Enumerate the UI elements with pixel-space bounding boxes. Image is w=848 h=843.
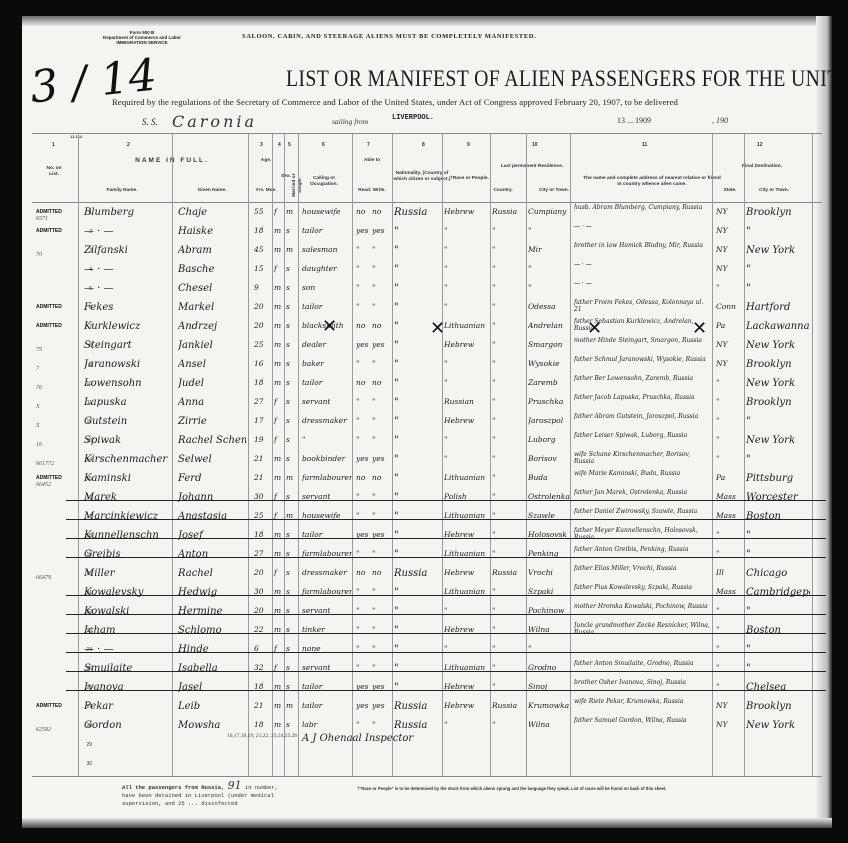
can-read: " bbox=[356, 720, 372, 729]
family-name: Gutstein bbox=[84, 416, 170, 427]
footer-line-3: supervision, and 25 ... disinfected bbox=[122, 800, 278, 808]
occupation: son bbox=[302, 283, 352, 292]
sex: m bbox=[274, 378, 284, 387]
family-name: Lapuska bbox=[84, 397, 170, 408]
margin-annotation: 66452 bbox=[36, 482, 51, 488]
given-name: Ferd bbox=[178, 473, 246, 484]
destination-state: " bbox=[716, 283, 742, 292]
can-read: " bbox=[356, 397, 372, 406]
destination-state: " bbox=[716, 454, 742, 463]
can-write: yes bbox=[372, 701, 390, 710]
required-statement: Required by the regulations of the Secre… bbox=[112, 97, 678, 107]
sex: f bbox=[274, 397, 284, 406]
occupation: farmlabourer bbox=[302, 473, 352, 482]
column-number: 8 bbox=[422, 142, 425, 148]
destination-state: Conn bbox=[716, 302, 742, 311]
column-number: 10 bbox=[532, 142, 538, 148]
can-read: " bbox=[356, 416, 372, 425]
nearest-relative: father Elias Miller, Vrochi, Russia bbox=[574, 565, 710, 572]
sex: m bbox=[274, 283, 284, 292]
margin-annotation: 62582 bbox=[36, 727, 51, 733]
column-number: 2 bbox=[127, 142, 130, 148]
year-suffix: , 190 bbox=[712, 116, 728, 125]
occupation: tailor bbox=[302, 226, 352, 235]
nationality: Russia bbox=[394, 720, 440, 731]
nationality: " bbox=[394, 245, 440, 256]
residence-city: Mir bbox=[528, 245, 570, 254]
residence-city: Krumowka bbox=[528, 701, 570, 710]
header-country: Country. bbox=[488, 188, 518, 194]
family-name: Kowalski bbox=[84, 606, 170, 617]
residence-country: " bbox=[492, 435, 526, 444]
age: 19 bbox=[254, 435, 272, 444]
family-name: Marcinkiewicz bbox=[84, 511, 170, 522]
passenger-row: 6258228GordonMowsha18mslabr""Russia""Wil… bbox=[36, 719, 816, 737]
nearest-relative: husb. Abram Blumberg, Cumpiany, Russia bbox=[574, 204, 710, 211]
nearest-relative: father Abram Gutstein, Jaroszpol, Russia bbox=[574, 413, 710, 420]
can-read: " bbox=[356, 359, 372, 368]
given-name: Haiske bbox=[178, 226, 246, 237]
residence-city: Smargon bbox=[528, 340, 570, 349]
residence-city: Borisov bbox=[528, 454, 570, 463]
age: 18 bbox=[254, 226, 272, 235]
race: Hebrew bbox=[444, 701, 490, 710]
family-name: Miller bbox=[84, 568, 170, 579]
nearest-relative: father Ber Lowensohn, Zaremb, Russia bbox=[574, 375, 710, 382]
strikethrough-line bbox=[66, 519, 826, 520]
nearest-relative: wife Schane Kirschenmacher, Borisov, Rus… bbox=[574, 451, 710, 465]
occupation: dressmaker bbox=[302, 568, 352, 577]
can-write: " bbox=[372, 720, 390, 729]
age: 9 bbox=[254, 283, 272, 292]
manifest-page: Form 500 B Department of Commerce and La… bbox=[22, 16, 832, 828]
residence-city: Zaremb bbox=[528, 378, 570, 387]
can-read: no bbox=[356, 207, 372, 216]
race: " bbox=[444, 454, 490, 463]
occupation: dressmaker bbox=[302, 416, 352, 425]
destination-city: " bbox=[746, 283, 810, 294]
age: 27 bbox=[254, 397, 272, 406]
nationality: " bbox=[394, 302, 440, 313]
family-name: Jaranowski bbox=[84, 359, 170, 370]
race: Hebrew bbox=[444, 416, 490, 425]
family-name: Lowensohn bbox=[84, 378, 170, 389]
margin-annotation: X bbox=[36, 423, 40, 429]
family-name: Kirschenmacher bbox=[84, 454, 170, 465]
occupation: " bbox=[302, 435, 352, 444]
sex: m bbox=[274, 302, 284, 311]
nearest-relative: father Daniel Zwirowsky, Szawle, Russia bbox=[574, 508, 710, 515]
family-name: — · — bbox=[84, 644, 170, 655]
can-read: no bbox=[356, 378, 372, 387]
destination-city: " bbox=[746, 606, 810, 617]
sex: f bbox=[274, 568, 284, 577]
sex: f bbox=[274, 416, 284, 425]
can-write: no bbox=[372, 378, 390, 387]
occupation: tailor bbox=[302, 302, 352, 311]
passenger-row: ADMITTED6FekesMarkel20mstailor"""""Odess… bbox=[36, 301, 816, 319]
marital-status: s bbox=[286, 283, 298, 292]
can-write: " bbox=[372, 416, 390, 425]
family-name: Smuilaite bbox=[84, 663, 170, 674]
cross-mark: ✕ bbox=[587, 318, 602, 339]
cross-mark: ✕ bbox=[322, 316, 337, 337]
age: 15 bbox=[254, 264, 272, 273]
header-read-write: Read. Write. bbox=[352, 188, 392, 194]
nationality: " bbox=[394, 454, 440, 465]
nationality: Russia bbox=[394, 568, 440, 579]
header-nationality: Nationality. (Country of which citizen o… bbox=[392, 171, 452, 183]
sex: m bbox=[274, 321, 284, 330]
marital-status: s bbox=[286, 454, 298, 463]
can-write: no bbox=[372, 473, 390, 482]
race: " bbox=[444, 435, 490, 444]
passenger-row: 5— · —Chesel9msson""""""— · —"" bbox=[36, 282, 816, 300]
given-name: Josef bbox=[178, 530, 246, 541]
passenger-row: X12GutsteinZirrie17fsdressmaker"""Hebrew… bbox=[36, 415, 816, 433]
family-name: Kurklewicz bbox=[84, 321, 170, 332]
sailing-label: sailing from bbox=[332, 117, 368, 126]
destination-city: Brooklyn bbox=[746, 701, 810, 712]
age: 21 bbox=[254, 701, 272, 710]
age: 20 bbox=[254, 568, 272, 577]
given-name: Jasel bbox=[178, 682, 246, 693]
destination-state: NY bbox=[716, 701, 742, 710]
marital-status: s bbox=[286, 568, 298, 577]
nationality: Russia bbox=[394, 207, 440, 218]
destination-city: Chicago bbox=[746, 568, 810, 579]
passenger-row: 703ZilfanskiAbram45mmsalesman"""""Mirbro… bbox=[36, 244, 816, 262]
margin-annotation: 661772 bbox=[36, 461, 54, 467]
given-name: Anastasia bbox=[178, 511, 246, 522]
can-read: yes bbox=[356, 701, 372, 710]
residence-country: " bbox=[492, 283, 526, 292]
family-name: Greibis bbox=[84, 549, 170, 560]
passenger-row: 79JaranowskiAnsel16msbaker"""""Wysokiefa… bbox=[36, 358, 816, 376]
column-number: 7 bbox=[367, 142, 370, 148]
destination-state: NY bbox=[716, 245, 742, 254]
can-read: no bbox=[356, 568, 372, 577]
occupation: labr bbox=[302, 720, 352, 729]
nearest-relative: father Schmul Jaranowski, Wysokie, Russi… bbox=[574, 356, 710, 363]
sex: m bbox=[274, 720, 284, 729]
family-name: — · — bbox=[84, 283, 170, 294]
passenger-row: 758SteingartJankiel25msdealeryesyes"Hebr… bbox=[36, 339, 816, 357]
destination-state: " bbox=[716, 397, 742, 406]
age: 16 bbox=[254, 359, 272, 368]
age: 18 bbox=[254, 720, 272, 729]
destination-state: Pa bbox=[716, 473, 742, 482]
header-race: †Race or People. bbox=[447, 176, 492, 182]
nearest-relative: father Samuel Gordon, Wilna, Russia bbox=[574, 717, 710, 724]
age: 21 bbox=[254, 454, 272, 463]
marital-status: s bbox=[286, 359, 298, 368]
residence-country: " bbox=[492, 378, 526, 387]
residence-city: " bbox=[528, 283, 570, 292]
destination-city: " bbox=[746, 264, 810, 275]
destination-city: Hartford bbox=[746, 302, 810, 313]
column-number: 3 bbox=[260, 142, 263, 148]
marital-status: s bbox=[286, 340, 298, 349]
family-name: Gordon bbox=[84, 720, 170, 731]
strikethrough-line bbox=[66, 690, 826, 691]
race: " bbox=[444, 283, 490, 292]
nearest-relative: father Jan Marek, Ostrolenka, Russia bbox=[574, 489, 710, 496]
given-name: Jankiel bbox=[178, 340, 246, 351]
departure-port: LIVERPOOL. bbox=[392, 114, 434, 122]
residence-city: Wilna bbox=[528, 720, 570, 729]
can-write: " bbox=[372, 302, 390, 311]
destination-city: New York bbox=[746, 245, 810, 256]
destination-city: " bbox=[746, 416, 810, 427]
age: 21 bbox=[254, 473, 272, 482]
given-name: Judel bbox=[178, 378, 246, 389]
nationality: " bbox=[394, 473, 440, 484]
occupation: servant bbox=[302, 397, 352, 406]
given-name: Basche bbox=[178, 264, 246, 275]
destination-city: Boston bbox=[746, 511, 810, 522]
strikethrough-line bbox=[66, 633, 826, 634]
inspector-row-refs: 16,17,18,19, 21,22, 23,24,25,26 bbox=[227, 733, 297, 739]
header-bottom-rule bbox=[32, 202, 822, 203]
passenger-row: ADMITTED6645215KaminskiFerd21mmfarmlabou… bbox=[36, 472, 816, 490]
given-name: Schlomo bbox=[178, 625, 246, 636]
residence-country: Russia bbox=[492, 207, 526, 216]
sex: f bbox=[274, 264, 284, 273]
destination-state: Pa bbox=[716, 321, 742, 330]
destination-city: " bbox=[746, 530, 810, 541]
destination-city: Brooklyn bbox=[746, 207, 810, 218]
given-name: Mowsha bbox=[178, 720, 246, 731]
margin-annotation: 66479 bbox=[36, 575, 51, 581]
family-name: Ivanova bbox=[84, 682, 170, 693]
nationality: " bbox=[394, 644, 440, 655]
family-name: Spiwak bbox=[84, 435, 170, 446]
passenger-row: 4— · —Basche15fsdaughter""""""— · —NY" bbox=[36, 263, 816, 281]
given-name: Hinde bbox=[178, 644, 246, 655]
margin-annotation: 7 bbox=[36, 366, 39, 372]
nationality: " bbox=[394, 226, 440, 237]
can-write: " bbox=[372, 397, 390, 406]
can-read: yes bbox=[356, 454, 372, 463]
passenger-row: ADMITTED65711BlumbergChaje55fmhousewifen… bbox=[36, 206, 816, 224]
admitted-stamp: ADMITTED bbox=[36, 228, 62, 234]
race: Hebrew bbox=[444, 568, 490, 577]
sex: m bbox=[274, 226, 284, 235]
can-write: " bbox=[372, 264, 390, 273]
can-read: no bbox=[356, 321, 372, 330]
sex: m bbox=[274, 340, 284, 349]
header-yrs-mos: Yrs. Mos. bbox=[250, 188, 282, 194]
passenger-row: 1613SpiwakRachel Schendel19fs""""""Lubor… bbox=[36, 434, 816, 452]
residence-country: " bbox=[492, 226, 526, 235]
residence-city: Luborg bbox=[528, 435, 570, 444]
sex: f bbox=[274, 207, 284, 216]
family-name: Fekes bbox=[84, 302, 170, 313]
destination-state: Ill bbox=[716, 568, 742, 577]
form-identifier: Form 500 B Department of Commerce and La… bbox=[94, 30, 190, 45]
nationality: " bbox=[394, 511, 440, 522]
row-number: 29 bbox=[80, 742, 92, 748]
race: Hebrew bbox=[444, 340, 490, 349]
race: " bbox=[444, 720, 490, 729]
nearest-relative: mother Hromka Kowalski, Pochinow, Russia bbox=[574, 603, 710, 610]
can-read: no bbox=[356, 473, 372, 482]
can-write: no bbox=[372, 568, 390, 577]
header-given-name: Given Name. bbox=[182, 188, 242, 194]
footer-line-1b: in number, bbox=[245, 784, 278, 791]
nationality: " bbox=[394, 378, 440, 389]
family-name: — · — bbox=[84, 264, 170, 275]
passenger-count: 91 bbox=[228, 779, 242, 792]
age: 17 bbox=[254, 416, 272, 425]
destination-state: NY bbox=[716, 207, 742, 216]
destination-city: " bbox=[746, 454, 810, 465]
margin-annotation: X bbox=[36, 404, 40, 410]
header-able-to: Able to bbox=[352, 158, 392, 164]
residence-country: " bbox=[492, 473, 526, 482]
scan-bottom-edge bbox=[22, 818, 832, 828]
passenger-row: 21KowalevskyHedwig30msfarmlabourer"""Lit… bbox=[36, 586, 816, 604]
nationality: " bbox=[394, 340, 440, 351]
destination-city: Worcester bbox=[746, 492, 810, 503]
column-number: 12 bbox=[757, 142, 763, 148]
residence-city: Wysokie bbox=[528, 359, 570, 368]
marital-status: s bbox=[286, 435, 298, 444]
passenger-row: ADMITTED2— · —Haiske18mstailoryesyes""""… bbox=[36, 225, 816, 243]
form-code: 11-114 bbox=[70, 134, 82, 140]
age: 25 bbox=[254, 340, 272, 349]
strikethrough-line bbox=[66, 538, 826, 539]
destination-city: Chelsea bbox=[746, 682, 810, 693]
nationality: " bbox=[394, 435, 440, 446]
residence-city: Odessa bbox=[528, 302, 570, 311]
destination-city: New York bbox=[746, 340, 810, 351]
passenger-row: ADMITTED27PekarLeib21mmtailoryesyesRussi… bbox=[36, 700, 816, 718]
residence-city: Vrochi bbox=[528, 568, 570, 577]
passenger-row: 25SmuilaiteIsabella32fsservant"""Lithuan… bbox=[36, 662, 816, 680]
can-write: " bbox=[372, 283, 390, 292]
given-name: Chaje bbox=[178, 207, 246, 218]
column-number: 4 bbox=[278, 142, 281, 148]
cross-mark: ✕ bbox=[430, 318, 445, 339]
strikethrough-line bbox=[66, 557, 826, 558]
passenger-row: 29 bbox=[36, 738, 816, 756]
given-name: Anton bbox=[178, 549, 246, 560]
nationality: " bbox=[394, 663, 440, 674]
margin-annotation: 75 bbox=[36, 347, 42, 353]
age: 45 bbox=[254, 245, 272, 254]
family-name: Zilfanski bbox=[84, 245, 170, 256]
passenger-row: 23IchamSchlomo22mstinker"""Hebrew"WilnaJ… bbox=[36, 624, 816, 642]
can-read: " bbox=[356, 245, 372, 254]
residence-country: " bbox=[492, 245, 526, 254]
passenger-row: 22KowalskiHermine20msservant"""""Pochino… bbox=[36, 605, 816, 623]
race: Russian bbox=[444, 397, 490, 406]
nearest-relative: — · — bbox=[574, 280, 710, 287]
manifest-warning: SALOON, CABIN, AND STEERAGE ALIENS MUST … bbox=[242, 33, 536, 40]
margin-annotation: 16 bbox=[36, 442, 42, 448]
destination-state: " bbox=[716, 416, 742, 425]
race: " bbox=[444, 302, 490, 311]
cross-mark: ✕ bbox=[692, 318, 707, 339]
nearest-relative: father Jacob Lapuska, Pruschka, Russia bbox=[574, 394, 710, 401]
nationality: " bbox=[394, 625, 440, 636]
admitted-stamp: ADMITTED bbox=[36, 323, 62, 329]
header-dest-city: City or Town. bbox=[752, 188, 796, 194]
occupation: dealer bbox=[302, 340, 352, 349]
nationality: " bbox=[394, 359, 440, 370]
family-name: Kaminski bbox=[84, 473, 170, 484]
sex: f bbox=[274, 435, 284, 444]
destination-state: NY bbox=[716, 359, 742, 368]
sailing-date: 13 ... 1909 bbox=[617, 116, 651, 125]
can-write: " bbox=[372, 359, 390, 368]
sex: m bbox=[274, 701, 284, 710]
sex: m bbox=[274, 473, 284, 482]
given-name: Rachel Schendel bbox=[178, 435, 246, 446]
manifest-title: LIST OR MANIFEST OF ALIEN PASSENGERS FOR… bbox=[286, 66, 832, 92]
residence-city: " bbox=[528, 264, 570, 273]
given-name: Ansel bbox=[178, 359, 246, 370]
age: 20 bbox=[254, 321, 272, 330]
destination-city: " bbox=[746, 549, 810, 560]
destination-city: Cambridgeport bbox=[746, 587, 810, 598]
service-text: IMMIGRATION SERVICE bbox=[94, 40, 190, 45]
detention-statement: All the passengers from Russia, 91 in nu… bbox=[122, 782, 278, 808]
table-bottom-rule bbox=[32, 776, 822, 777]
ss-prefix: S. S. bbox=[142, 117, 158, 127]
admitted-stamp: ADMITTED bbox=[36, 475, 62, 481]
can-write: yes bbox=[372, 340, 390, 349]
race: " bbox=[444, 264, 490, 273]
destination-city: Lackawanna bbox=[746, 321, 810, 332]
given-name: Johann bbox=[178, 492, 246, 503]
race: Lithuanian bbox=[444, 473, 490, 482]
destination-city: New York bbox=[746, 435, 810, 446]
footer-line-2: have been detained in Liverpool (under m… bbox=[122, 792, 278, 800]
given-name: Selwel bbox=[178, 454, 246, 465]
nationality: " bbox=[394, 283, 440, 294]
header-no-on-list: No. on List. bbox=[42, 166, 66, 178]
header-calling: Calling or Occupation. bbox=[304, 176, 344, 188]
occupation: bookbinder bbox=[302, 454, 352, 463]
admitted-stamp: ADMITTED bbox=[36, 304, 62, 310]
strikethrough-line bbox=[66, 500, 826, 501]
header-state: State. bbox=[718, 188, 742, 194]
margin-annotation: 76 bbox=[36, 385, 42, 391]
marital-status: s bbox=[286, 226, 298, 235]
passenger-row: 30 bbox=[36, 757, 816, 775]
can-write: no bbox=[372, 321, 390, 330]
destination-state: " bbox=[716, 378, 742, 387]
passenger-row: 66177214KirschenmacherSelwel21msbookbind… bbox=[36, 453, 816, 471]
residence-country: " bbox=[492, 359, 526, 368]
family-name: Marek bbox=[84, 492, 170, 503]
race: " bbox=[444, 226, 490, 235]
race: Hebrew bbox=[444, 207, 490, 216]
destination-state: " bbox=[716, 435, 742, 444]
destination-city: " bbox=[746, 226, 810, 237]
can-read: " bbox=[356, 302, 372, 311]
residence-country: " bbox=[492, 321, 526, 330]
residence-country: Russia bbox=[492, 701, 526, 710]
destination-city: New York bbox=[746, 378, 810, 389]
margin-annotation: 6571 bbox=[36, 216, 48, 222]
residence-city: Pruschka bbox=[528, 397, 570, 406]
passenger-row: 17MarcinkiewiczAnastasia25fmhousewife"""… bbox=[36, 510, 816, 528]
given-name: Isabella bbox=[178, 663, 246, 674]
